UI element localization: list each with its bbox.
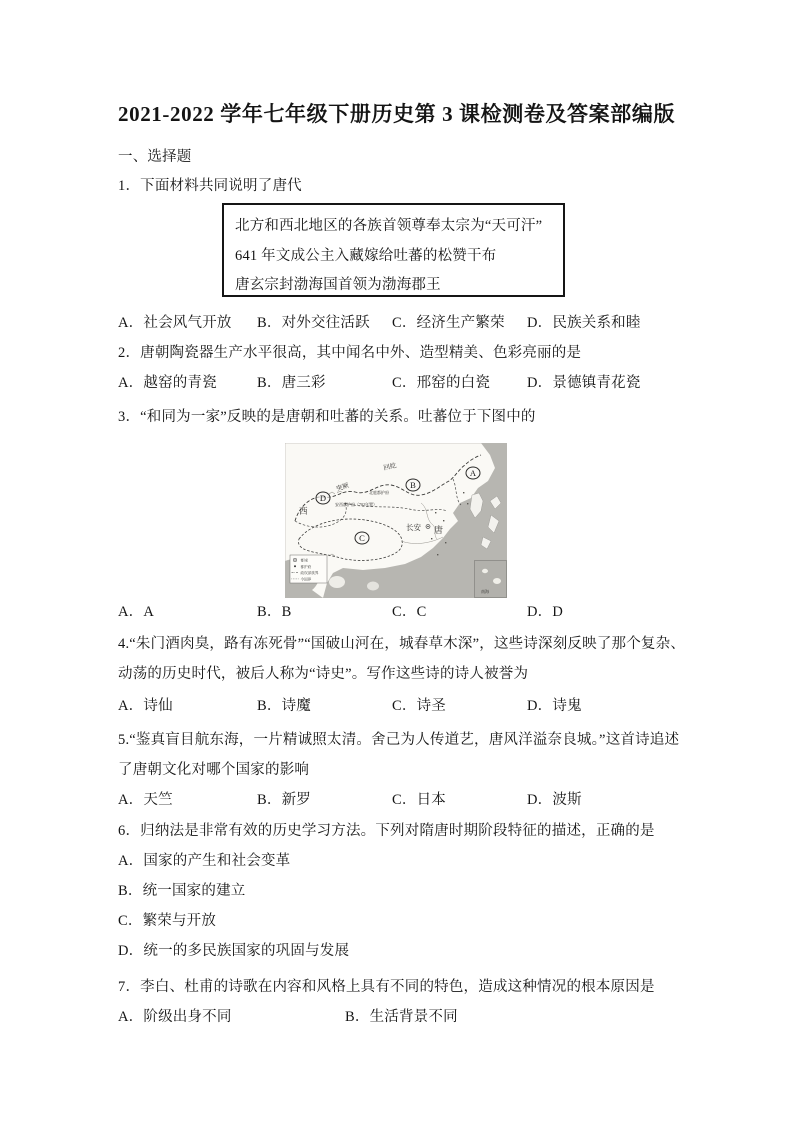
question-1-option-b: B．对外交往活跃 bbox=[257, 313, 370, 333]
question-4-option-b: B．诗魔 bbox=[257, 696, 311, 716]
material-line: 北方和西北地区的各族首领尊奉太宗为“天可汗” bbox=[235, 212, 563, 242]
question-3-option-a: A．A bbox=[118, 602, 154, 622]
map-legend-item: 都城 bbox=[301, 558, 309, 563]
question-4-stem-line-1: 4.“朱门酒肉臭，路有冻死骨”“国破山河在，城春草木深”，这些诗深刻反映了那个复… bbox=[118, 634, 685, 654]
question-2-options-row: A．越窑的青瓷 B．唐三彩 C．邢窑的白瓷 D．景德镇青花瓷 bbox=[0, 373, 793, 393]
question-6-option-d: D．统一的多民族国家的巩固与发展 bbox=[118, 941, 349, 961]
map-marker-A: A bbox=[466, 467, 480, 479]
map-label: 安西都护府（702年置） bbox=[335, 501, 377, 507]
exam-document-page: 2021-2022 学年七年级下册历史第 3 课检测卷及答案部编版 一、选择题 … bbox=[0, 0, 793, 1122]
map-inset-box bbox=[475, 561, 507, 598]
question-5-option-d: D．波斯 bbox=[527, 790, 582, 810]
question-6-stem: 6．归纳法是非常有效的历史学习方法。下列对隋唐时期阶段特征的描述，正确的是 bbox=[118, 821, 655, 841]
question-3-options-row: A．A B．B C．C D．D bbox=[0, 602, 793, 622]
question-1-stem: 1．下面材料共同说明了唐代 bbox=[118, 176, 302, 196]
question-4-option-a: A．诗仙 bbox=[118, 696, 173, 716]
svg-text:D: D bbox=[320, 493, 326, 503]
tang-dynasty-map: ABCD长安唐西突厥回纥北庭都护府安西都护府（702年置）南海都城都护府政权部族… bbox=[285, 443, 507, 598]
question-3-option-d: D．D bbox=[527, 602, 563, 622]
map-label: 西 bbox=[299, 506, 308, 516]
question-6-option-b: B．统一国家的建立 bbox=[118, 881, 245, 901]
map-land-patch bbox=[329, 576, 345, 588]
question-4-option-c: C．诗圣 bbox=[392, 696, 446, 716]
question-6-option-a: A．国家的产生和社会变革 bbox=[118, 851, 290, 871]
map-legend-item: 政权部族界 bbox=[301, 570, 319, 575]
question-5-option-a: A．天竺 bbox=[118, 790, 173, 810]
question-2-option-d: D．景德镇青花瓷 bbox=[527, 373, 641, 393]
question-2-stem: 2．唐朝陶瓷器生产水平很高，其中闻名中外、造型精美、色彩亮丽的是 bbox=[118, 343, 581, 363]
question-6-option-c: C．繁荣与开放 bbox=[118, 911, 216, 931]
question-5-stem-line-2: 了唐朝文化对哪个国家的影响 bbox=[118, 760, 309, 780]
question-3-option-c: C．C bbox=[392, 602, 426, 622]
question-4-options-row: A．诗仙 B．诗魔 C．诗圣 D．诗鬼 bbox=[0, 696, 793, 716]
question-5-option-b: B．新罗 bbox=[257, 790, 311, 810]
section-heading: 一、选择题 bbox=[118, 147, 192, 167]
map-label: 唐 bbox=[434, 524, 443, 535]
material-line: 唐玄宗封渤海国首领为渤海郡王 bbox=[235, 271, 563, 301]
map-marker-D: D bbox=[316, 492, 330, 504]
map-label: 长安 bbox=[406, 522, 421, 532]
svg-text:B: B bbox=[410, 480, 416, 490]
question-1-options-row: A．社会风气开放 B．对外交往活跃 C．经济生产繁荣 D．民族关系和睦 bbox=[0, 313, 793, 333]
question-4-stem-line-2: 动荡的历史时代，被后人称为“诗史”。写作这些诗的诗人被誉为 bbox=[118, 664, 528, 684]
question-5-option-c: C．日本 bbox=[392, 790, 446, 810]
map-inset-island bbox=[482, 569, 488, 573]
question-7-option-a: A．阶级出身不同 bbox=[118, 1007, 232, 1027]
question-2-option-a: A．越窑的青瓷 bbox=[118, 373, 217, 393]
question-2-option-b: B．唐三彩 bbox=[257, 373, 326, 393]
question-1-option-d: D．民族关系和睦 bbox=[527, 313, 641, 333]
question-5-options-row: A．天竺 B．新罗 C．日本 D．波斯 bbox=[0, 790, 793, 810]
tang-map-svg: ABCD长安唐西突厥回纥北庭都护府安西都护府（702年置）南海都城都护府政权部族… bbox=[285, 443, 507, 598]
question-7-stem: 7．李白、杜甫的诗歌在内容和风格上具有不同的特色，造成这种情况的根本原因是 bbox=[118, 977, 655, 997]
question-3-option-b: B．B bbox=[257, 602, 291, 622]
svg-text:A: A bbox=[470, 468, 477, 478]
map-legend-item: 今国界 bbox=[301, 576, 312, 581]
question-3-stem: 3．“和同为一家”反映的是唐朝和吐蕃的关系。吐蕃位于下图中的 bbox=[118, 407, 536, 427]
question-1-option-c: C．经济生产繁荣 bbox=[392, 313, 505, 333]
map-label: 南海 bbox=[481, 588, 489, 594]
map-legend-item: 都护府 bbox=[301, 564, 312, 569]
question-7-option-b: B．生活背景不同 bbox=[345, 1007, 458, 1027]
map-label: 北庭都护府 bbox=[369, 489, 389, 495]
map-land-patch bbox=[367, 582, 379, 591]
material-box: 北方和西北地区的各族首领尊奉太宗为“天可汗” 641 年文成公主入藏嫁给吐蕃的松… bbox=[222, 203, 565, 297]
question-4-option-d: D．诗鬼 bbox=[527, 696, 582, 716]
question-1-option-a: A．社会风气开放 bbox=[118, 313, 232, 333]
svg-text:C: C bbox=[359, 533, 365, 543]
map-marker-C: C bbox=[355, 532, 369, 544]
map-marker-B: B bbox=[406, 479, 420, 491]
question-2-option-c: C．邢窑的白瓷 bbox=[392, 373, 490, 393]
page-title: 2021-2022 学年七年级下册历史第 3 课检测卷及答案部编版 bbox=[118, 101, 675, 127]
question-7-options-row: A．阶级出身不同 B．生活背景不同 bbox=[0, 1007, 793, 1027]
material-line: 641 年文成公主入藏嫁给吐蕃的松赞干布 bbox=[235, 242, 563, 272]
question-5-stem-line-1: 5.“鉴真盲目航东海，一片精诚照太清。舍己为人传道艺，唐风洋溢奈良城。”这首诗追… bbox=[118, 730, 679, 750]
map-inset-island bbox=[493, 578, 501, 584]
